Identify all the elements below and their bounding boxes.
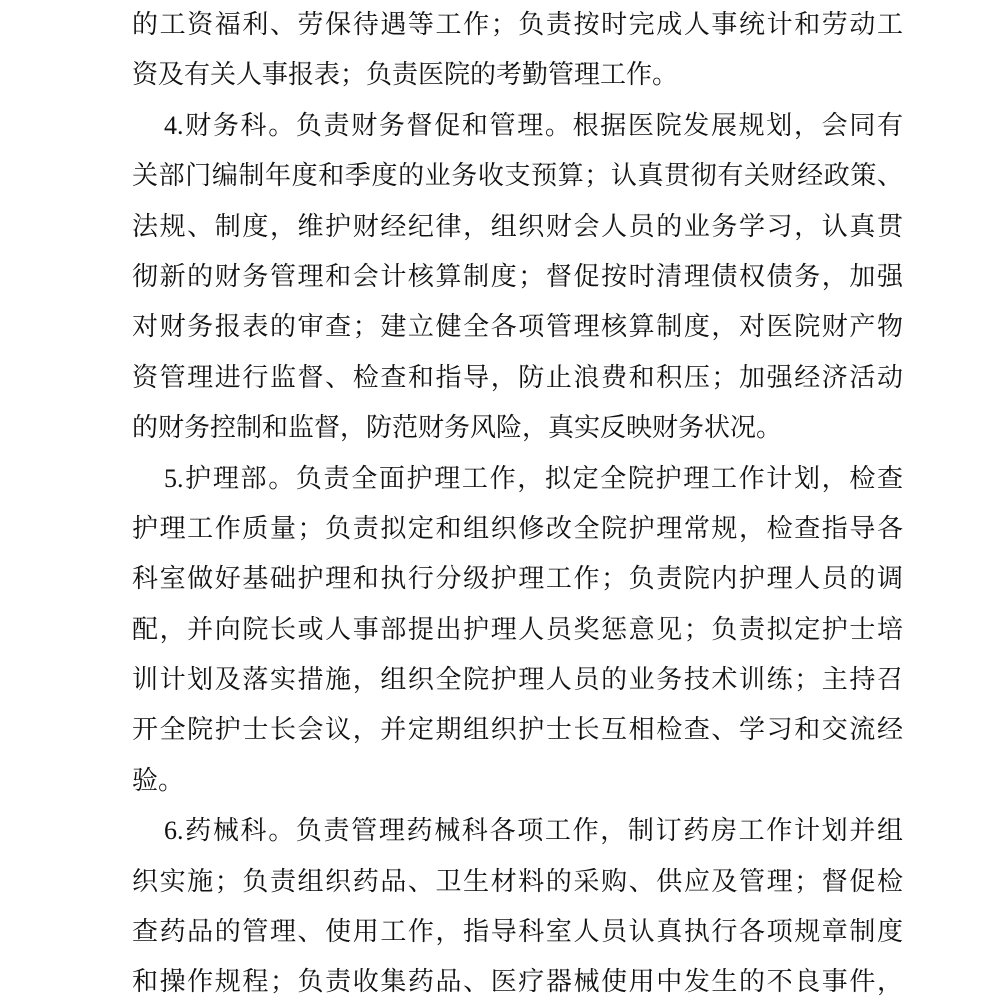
document-page: 的工资福利、劳保待遇等工作；负责按时完成人事统计和劳动工资及有关人事报表；负责医… bbox=[0, 0, 1000, 1003]
text-line: 6.药械科。负责管理药械科各项工作，制订药房工作计划并组 bbox=[132, 806, 903, 856]
text-line: 开全院护士长会议，并定期组织护士长互相检查、学习和交流经 bbox=[132, 705, 903, 755]
text-line: 关部门编制年度和季度的业务收支预算；认真贯彻有关财经政策、 bbox=[132, 151, 903, 201]
document-text-block: 的工资福利、劳保待遇等工作；负责按时完成人事统计和劳动工资及有关人事报表；负责医… bbox=[132, 0, 903, 1003]
paragraph: 6.药械科。负责管理药械科各项工作，制订药房工作计划并组织实施；负责组织药品、卫… bbox=[132, 806, 903, 1003]
text-line: 科室做好基础护理和执行分级护理工作；负责院内护理人员的调 bbox=[132, 554, 903, 604]
text-line: 查药品的管理、使用工作，指导科室人员认真执行各项规章制度 bbox=[132, 907, 903, 957]
text-line: 织实施；负责组织药品、卫生材料的采购、供应及管理；督促检 bbox=[132, 857, 903, 907]
text-line: 法规、制度，维护财经纪律，组织财会人员的业务学习，认真贯 bbox=[132, 202, 903, 252]
text-line: 训计划及落实措施，组织全院护理人员的业务技术训练；主持召 bbox=[132, 655, 903, 705]
text-line: 护理工作质量；负责拟定和组织修改全院护理常规，检查指导各 bbox=[132, 504, 903, 554]
text-line: 和操作规程；负责收集药品、医疗器械使用中发生的不良事件， bbox=[132, 957, 903, 1003]
text-line: 的财务控制和监督，防范财务风险，真实反映财务状况。 bbox=[132, 403, 903, 453]
text-line: 配，并向院长或人事部提出护理人员奖惩意见；负责拟定护士培 bbox=[132, 605, 903, 655]
paragraph: 的工资福利、劳保待遇等工作；负责按时完成人事统计和劳动工资及有关人事报表；负责医… bbox=[132, 0, 903, 101]
paragraph: 5.护理部。负责全面护理工作，拟定全院护理工作计划，检查护理工作质量；负责拟定和… bbox=[132, 454, 903, 807]
text-line: 资及有关人事报表；负责医院的考勤管理工作。 bbox=[132, 50, 903, 100]
text-line: 的工资福利、劳保待遇等工作；负责按时完成人事统计和劳动工 bbox=[132, 0, 903, 50]
text-line: 资管理进行监督、检查和指导，防止浪费和积压；加强经济活动 bbox=[132, 353, 903, 403]
text-line: 验。 bbox=[132, 756, 903, 806]
text-line: 彻新的财务管理和会计核算制度；督促按时清理债权债务，加强 bbox=[132, 252, 903, 302]
paragraph: 4.财务科。负责财务督促和管理。根据医院发展规划，会同有关部门编制年度和季度的业… bbox=[132, 101, 903, 454]
text-line: 对财务报表的审查；建立健全各项管理核算制度，对医院财产物 bbox=[132, 302, 903, 352]
text-line: 5.护理部。负责全面护理工作，拟定全院护理工作计划，检查 bbox=[132, 454, 903, 504]
text-line: 4.财务科。负责财务督促和管理。根据医院发展规划，会同有 bbox=[132, 101, 903, 151]
